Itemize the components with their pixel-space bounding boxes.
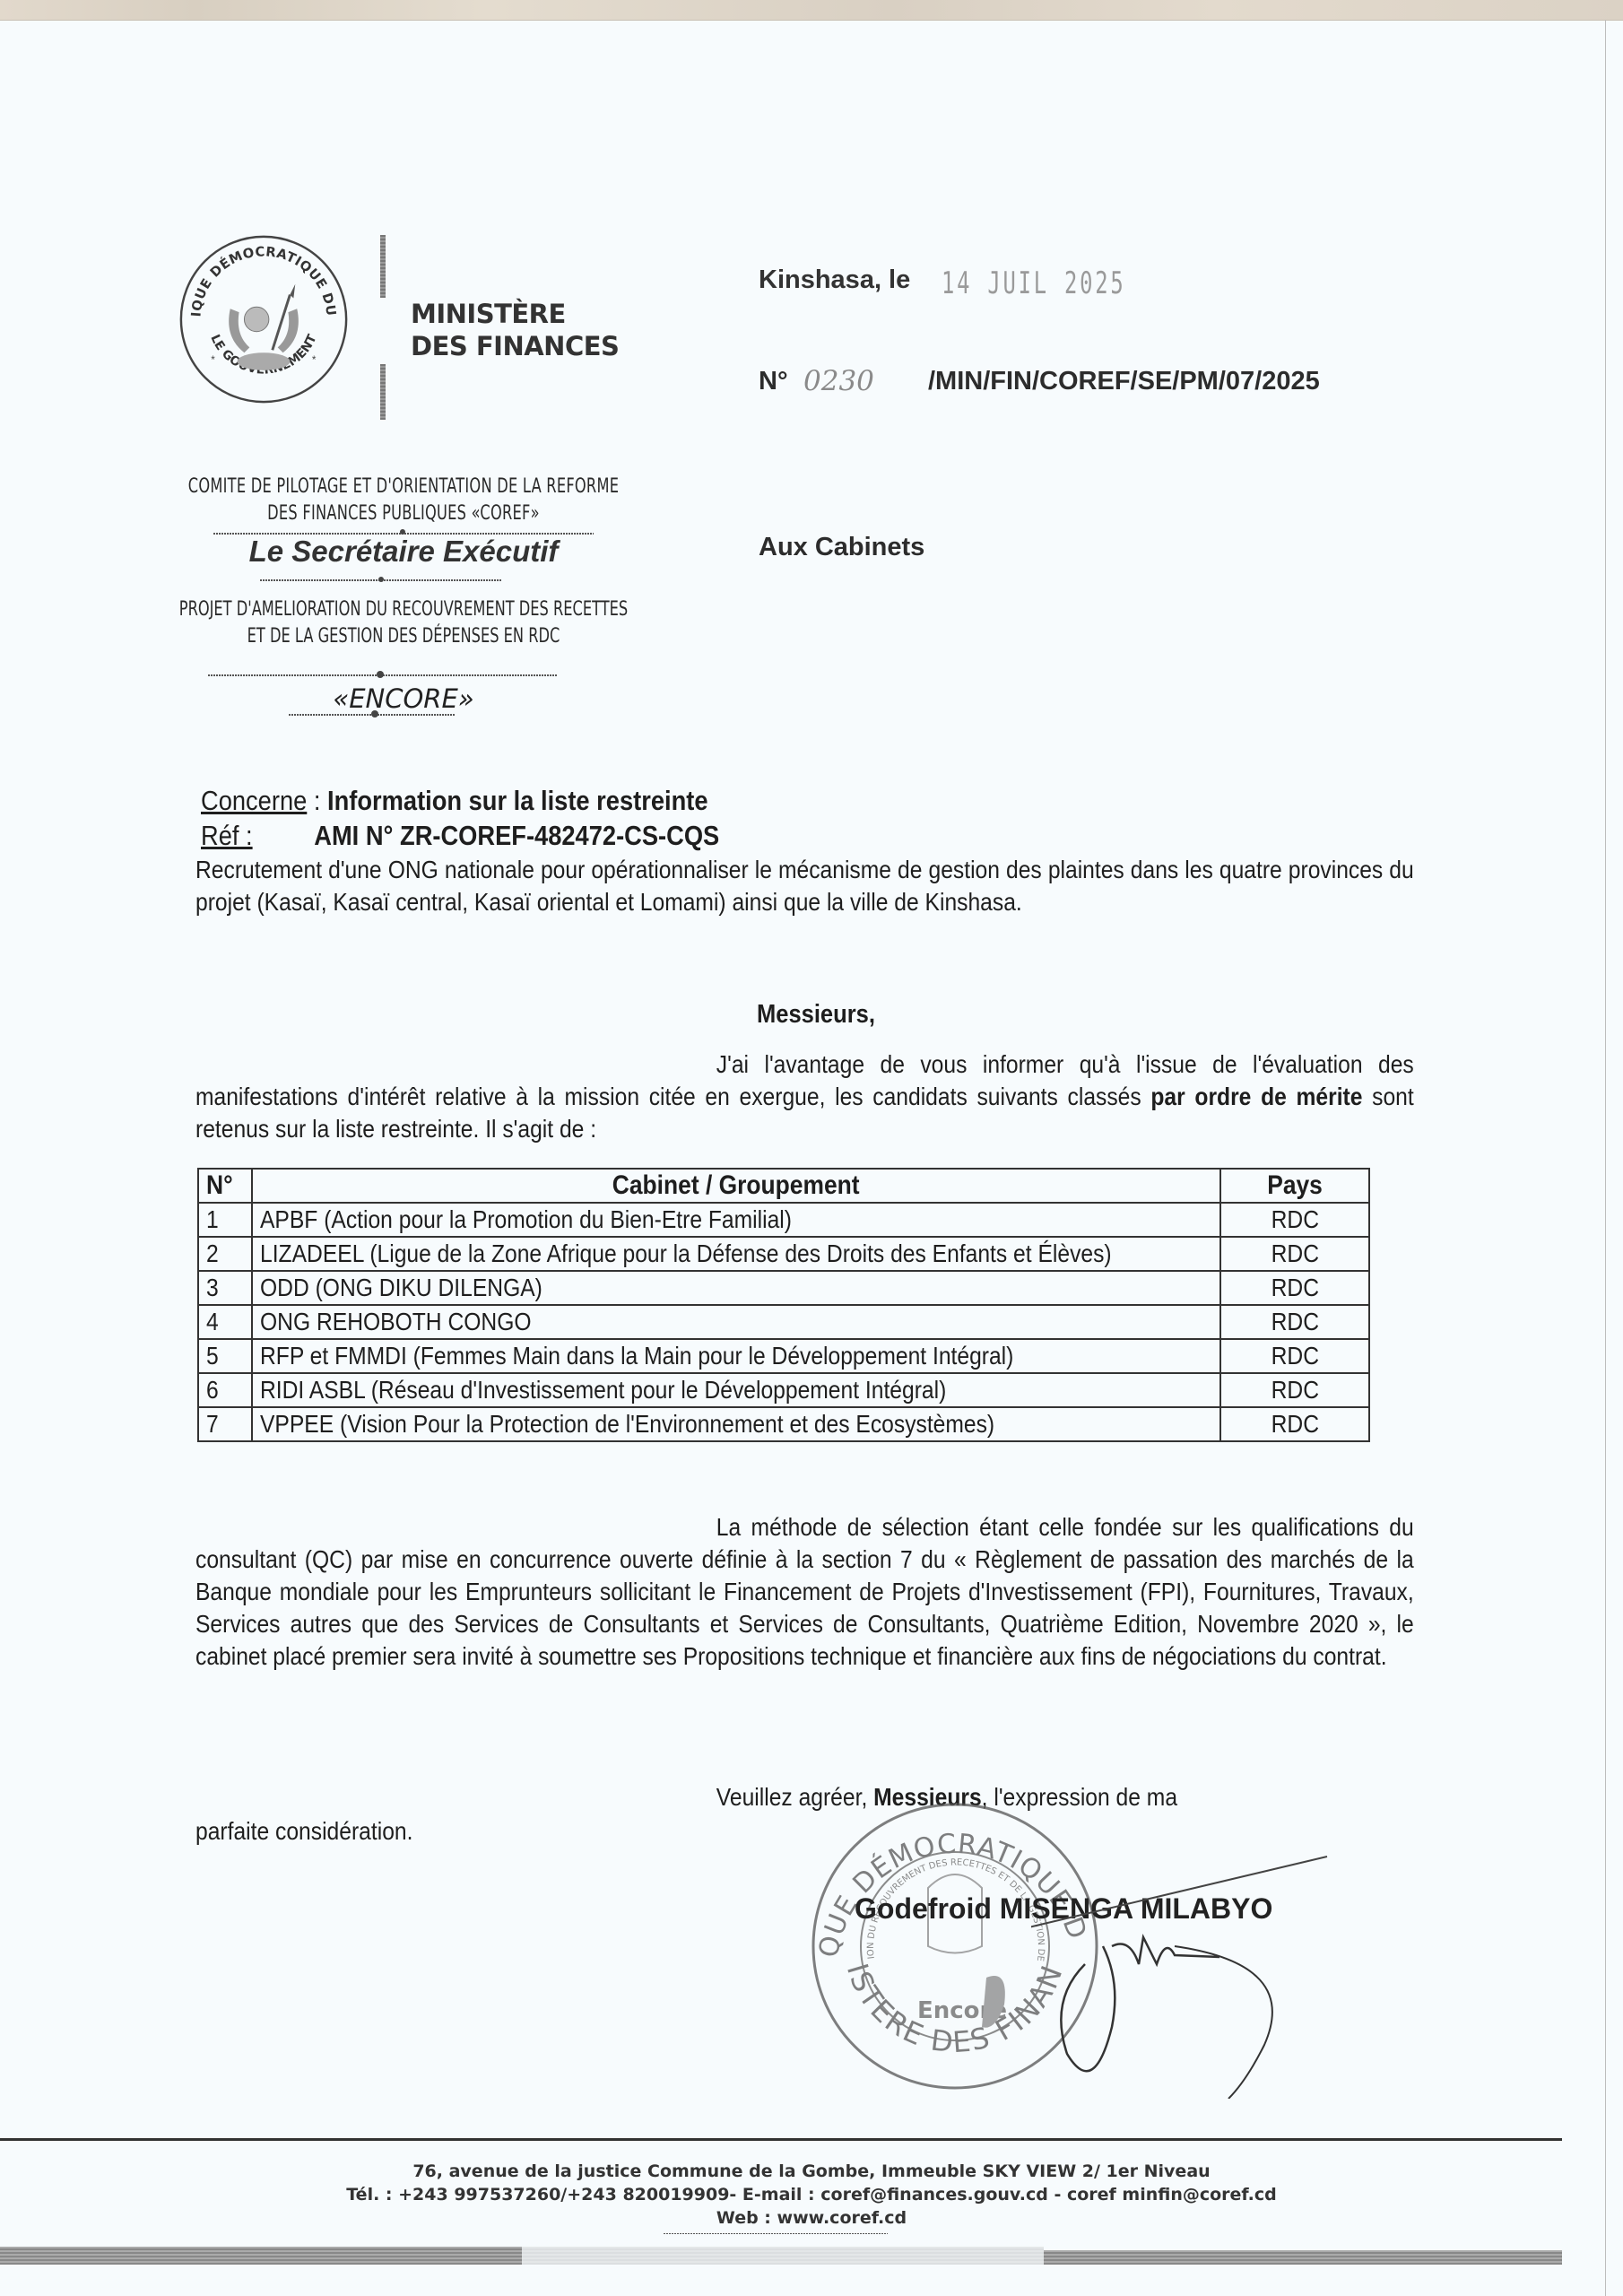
row-cabinet: APBF (Action pour la Promotion du Bien-E… bbox=[252, 1203, 1220, 1237]
footer-contact: Tél. : +243 997537260/+243 820019909- E-… bbox=[0, 2185, 1623, 2205]
scanner-edge bbox=[0, 0, 1623, 21]
footer-divider bbox=[0, 2138, 1562, 2141]
row-cabinet: VPPEE (Vision Pour la Protection de l'En… bbox=[252, 1407, 1220, 1441]
reference-code: /MIN/FIN/COREF/SE/PM/07/2025 bbox=[928, 367, 1320, 396]
row-country: RDC bbox=[1220, 1271, 1369, 1305]
page-edge bbox=[1605, 20, 1606, 2296]
row-cabinet: ONG REHOBOTH CONGO bbox=[252, 1305, 1220, 1339]
table-header-row: N° Cabinet / Groupement Pays bbox=[198, 1169, 1369, 1203]
ministry-name: MINISTÈRE DES FINANCES bbox=[411, 298, 619, 362]
row-num: 1 bbox=[198, 1203, 252, 1237]
footer-bar-middle bbox=[522, 2247, 1044, 2265]
table-row: 4ONG REHOBOTH CONGORDC bbox=[198, 1305, 1369, 1339]
header-pays: Pays bbox=[1220, 1169, 1369, 1203]
concerne-value: Information sur la liste restreinte bbox=[327, 785, 707, 816]
header-divider bbox=[380, 235, 386, 298]
intro-bold: par ordre de mérite bbox=[1150, 1083, 1362, 1110]
row-num: 3 bbox=[198, 1271, 252, 1305]
table-row: 1APBF (Action pour la Promotion du Bien-… bbox=[198, 1203, 1369, 1237]
row-country: RDC bbox=[1220, 1203, 1369, 1237]
row-country: RDC bbox=[1220, 1237, 1369, 1271]
row-cabinet: LIZADEEL (Ligue de la Zone Afrique pour … bbox=[252, 1237, 1220, 1271]
ministry-line-2: DES FINANCES bbox=[411, 330, 619, 362]
secretaire-executif-title: Le Secrétaire Exécutif bbox=[108, 535, 699, 569]
row-country: RDC bbox=[1220, 1305, 1369, 1339]
place-label: Kinshasa, le bbox=[759, 265, 910, 295]
table-row: 6RIDI ASBL (Réseau d'Investissement pour… bbox=[198, 1373, 1369, 1407]
row-num: 5 bbox=[198, 1339, 252, 1373]
divider-dot bbox=[371, 710, 378, 717]
ref-label: Réf : bbox=[201, 820, 253, 851]
row-cabinet: RIDI ASBL (Réseau d'Investissement pour … bbox=[252, 1373, 1220, 1407]
row-cabinet: ODD (ONG DIKU DILENGA) bbox=[252, 1271, 1220, 1305]
method-text: La méthode de sélection étant celle fond… bbox=[195, 1513, 1414, 1670]
table-row: 7VPPEE (Vision Pour la Protection de l'E… bbox=[198, 1407, 1369, 1441]
header-divider bbox=[380, 364, 386, 420]
table-row: 5RFP et FMMDI (Femmes Main dans la Main … bbox=[198, 1339, 1369, 1373]
coref-line-2: DES FINANCES PUBLIQUES «COREF» bbox=[161, 500, 646, 527]
project-title: PROJET D'AMELIORATION DU RECOUVREMENT DE… bbox=[161, 596, 646, 650]
handwritten-signature-icon bbox=[1031, 1848, 1408, 2099]
row-num: 4 bbox=[198, 1305, 252, 1339]
divider bbox=[664, 2233, 888, 2234]
shortlist-table: N° Cabinet / Groupement Pays 1APBF (Acti… bbox=[197, 1168, 1370, 1442]
table-row: 2LIZADEEL (Ligue de la Zone Afrique pour… bbox=[198, 1237, 1369, 1271]
closing-line-2: parfaite considération. bbox=[195, 1815, 412, 1848]
row-country: RDC bbox=[1220, 1339, 1369, 1373]
project-line-2: ET DE LA GESTION DES DÉPENSES EN RDC bbox=[161, 623, 646, 650]
ref-value: AMI N° ZR-COREF-482472-CS-CQS bbox=[314, 820, 719, 851]
footer-web: Web : www.coref.cd bbox=[0, 2208, 1623, 2228]
row-num: 2 bbox=[198, 1237, 252, 1271]
svg-text:*: * bbox=[312, 354, 317, 366]
subject-description: Recrutement d'une ONG nationale pour opé… bbox=[195, 854, 1414, 918]
footer-bar-left bbox=[0, 2247, 522, 2265]
recipient: Aux Cabinets bbox=[759, 533, 924, 562]
divider-dot bbox=[378, 577, 384, 582]
ref-line: Réf :AMI N° ZR-COREF-482472-CS-CQS bbox=[201, 820, 719, 852]
salutation: Messieurs, bbox=[757, 998, 875, 1031]
handwritten-number: 0230 bbox=[803, 365, 874, 397]
row-num: 6 bbox=[198, 1373, 252, 1407]
concerne-line: Concerne : Information sur la liste rest… bbox=[201, 785, 708, 817]
coref-title: COMITE DE PILOTAGE ET D'ORIENTATION DE L… bbox=[161, 474, 646, 527]
date-stamp: 14 JUIL 2025 bbox=[942, 265, 1126, 301]
header-cabinet: Cabinet / Groupement bbox=[252, 1169, 1220, 1203]
ministry-line-1: MINISTÈRE bbox=[411, 298, 619, 330]
project-line-1: PROJET D'AMELIORATION DU RECOUVREMENT DE… bbox=[161, 596, 646, 623]
divider-dot bbox=[377, 671, 384, 678]
header-num: N° bbox=[198, 1169, 252, 1203]
svg-text:*: * bbox=[211, 354, 215, 366]
row-country: RDC bbox=[1220, 1407, 1369, 1441]
coat-of-arms-seal-icon: RÉPUBLIQUE DÉMOCRATIQUE DU CONGO LE GOUV… bbox=[176, 231, 352, 407]
coref-line-1: COMITE DE PILOTAGE ET D'ORIENTATION DE L… bbox=[161, 474, 646, 500]
encore-project-name: «ENCORE» bbox=[108, 683, 699, 714]
table-row: 3ODD (ONG DIKU DILENGA)RDC bbox=[198, 1271, 1369, 1305]
intro-paragraph: J'ai l'avantage de vous informer qu'à l'… bbox=[195, 1048, 1414, 1145]
concerne-label: Concerne bbox=[201, 785, 307, 816]
footer-bar-right bbox=[1044, 2250, 1562, 2265]
row-country: RDC bbox=[1220, 1373, 1369, 1407]
method-paragraph: La méthode de sélection étant celle fond… bbox=[195, 1511, 1414, 1673]
separator: : bbox=[307, 785, 327, 816]
footer-address: 76, avenue de la justice Commune de la G… bbox=[0, 2161, 1623, 2181]
number-label: N° bbox=[759, 367, 788, 396]
row-num: 7 bbox=[198, 1407, 252, 1441]
row-cabinet: RFP et FMMDI (Femmes Main dans la Main p… bbox=[252, 1339, 1220, 1373]
